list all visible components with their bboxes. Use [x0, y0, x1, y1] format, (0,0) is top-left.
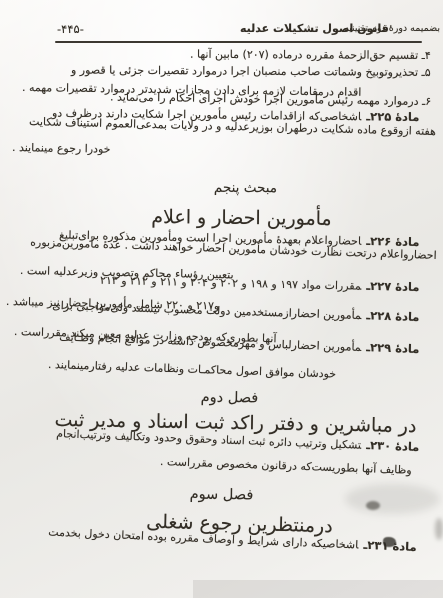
- chapter-3-kicker: فصل سوم: [0, 484, 443, 506]
- article-230-line-2: وظایف آنها بطوریست‌که درقانون مخصوص مقرر…: [160, 455, 412, 478]
- header-book-title: قانون اصول تشکیلات عدلیه: [240, 22, 389, 35]
- scanned-law-page: بضمیمه دورۀ دوم تقنینیه قانون اصول تشکیل…: [0, 0, 443, 598]
- article-228-number: مادهٔ ۲۲۸ـ: [366, 308, 420, 324]
- article-228-text-1: مأمورین احضارازمستخدمین دولت محسوب نیستن…: [52, 299, 362, 322]
- header-page-number: -۴۴۵-: [57, 22, 84, 36]
- article-227-line-1: مادهٔ ۲۲۷ـمقررات مواد ۱۹۷ و ۱۹۸ و ۲۰۲ و …: [100, 273, 420, 294]
- list-item-4: ۴ـ تقسیم حق‌الزحمهٔ مقرره درماده (۲۰۷) م…: [190, 48, 431, 63]
- article-227-text-1: مقررات مواد ۱۹۷ و ۱۹۸ و ۲۰۲ و ۲۰۴ و ۲۱۱ …: [100, 274, 361, 293]
- article-227-number: مادهٔ ۲۲۷ـ: [366, 279, 419, 294]
- section-5-kicker: مبحث پنجم: [24, 178, 443, 197]
- chapter-2-kicker: فصل دوم: [8, 387, 443, 409]
- list-item-5-line-1: ۵ـ تحذیروتوبیخ وشماتت صاحب منصبان اجرا د…: [71, 63, 431, 80]
- article-229-line-2: خودشان موافق اصول محاکمـات ونظامات عدلیه…: [48, 358, 337, 382]
- scan-shadow-band: [193, 580, 443, 598]
- article-229-number: مادهٔ ۲۲۹ـ: [366, 340, 420, 356]
- article-229-text-1: مأمورین احضارلباس و مهرمخصوص داشته در مو…: [59, 330, 361, 354]
- article-225-number: مادهٔ ۲۲۵ـ: [366, 109, 419, 124]
- article-231-number: مادهٔ ۲۳۱ـ: [364, 538, 418, 554]
- article-225-line-3: خودرا رجوع مینمایند .: [12, 141, 111, 157]
- article-230-number: مادهٔ ۲۳۰ـ: [366, 438, 420, 454]
- article-228-line-1: مادهٔ ۲۲۸ـمأمورین احضارازمستخدمین دولت م…: [52, 298, 420, 324]
- header-rule: [55, 41, 422, 43]
